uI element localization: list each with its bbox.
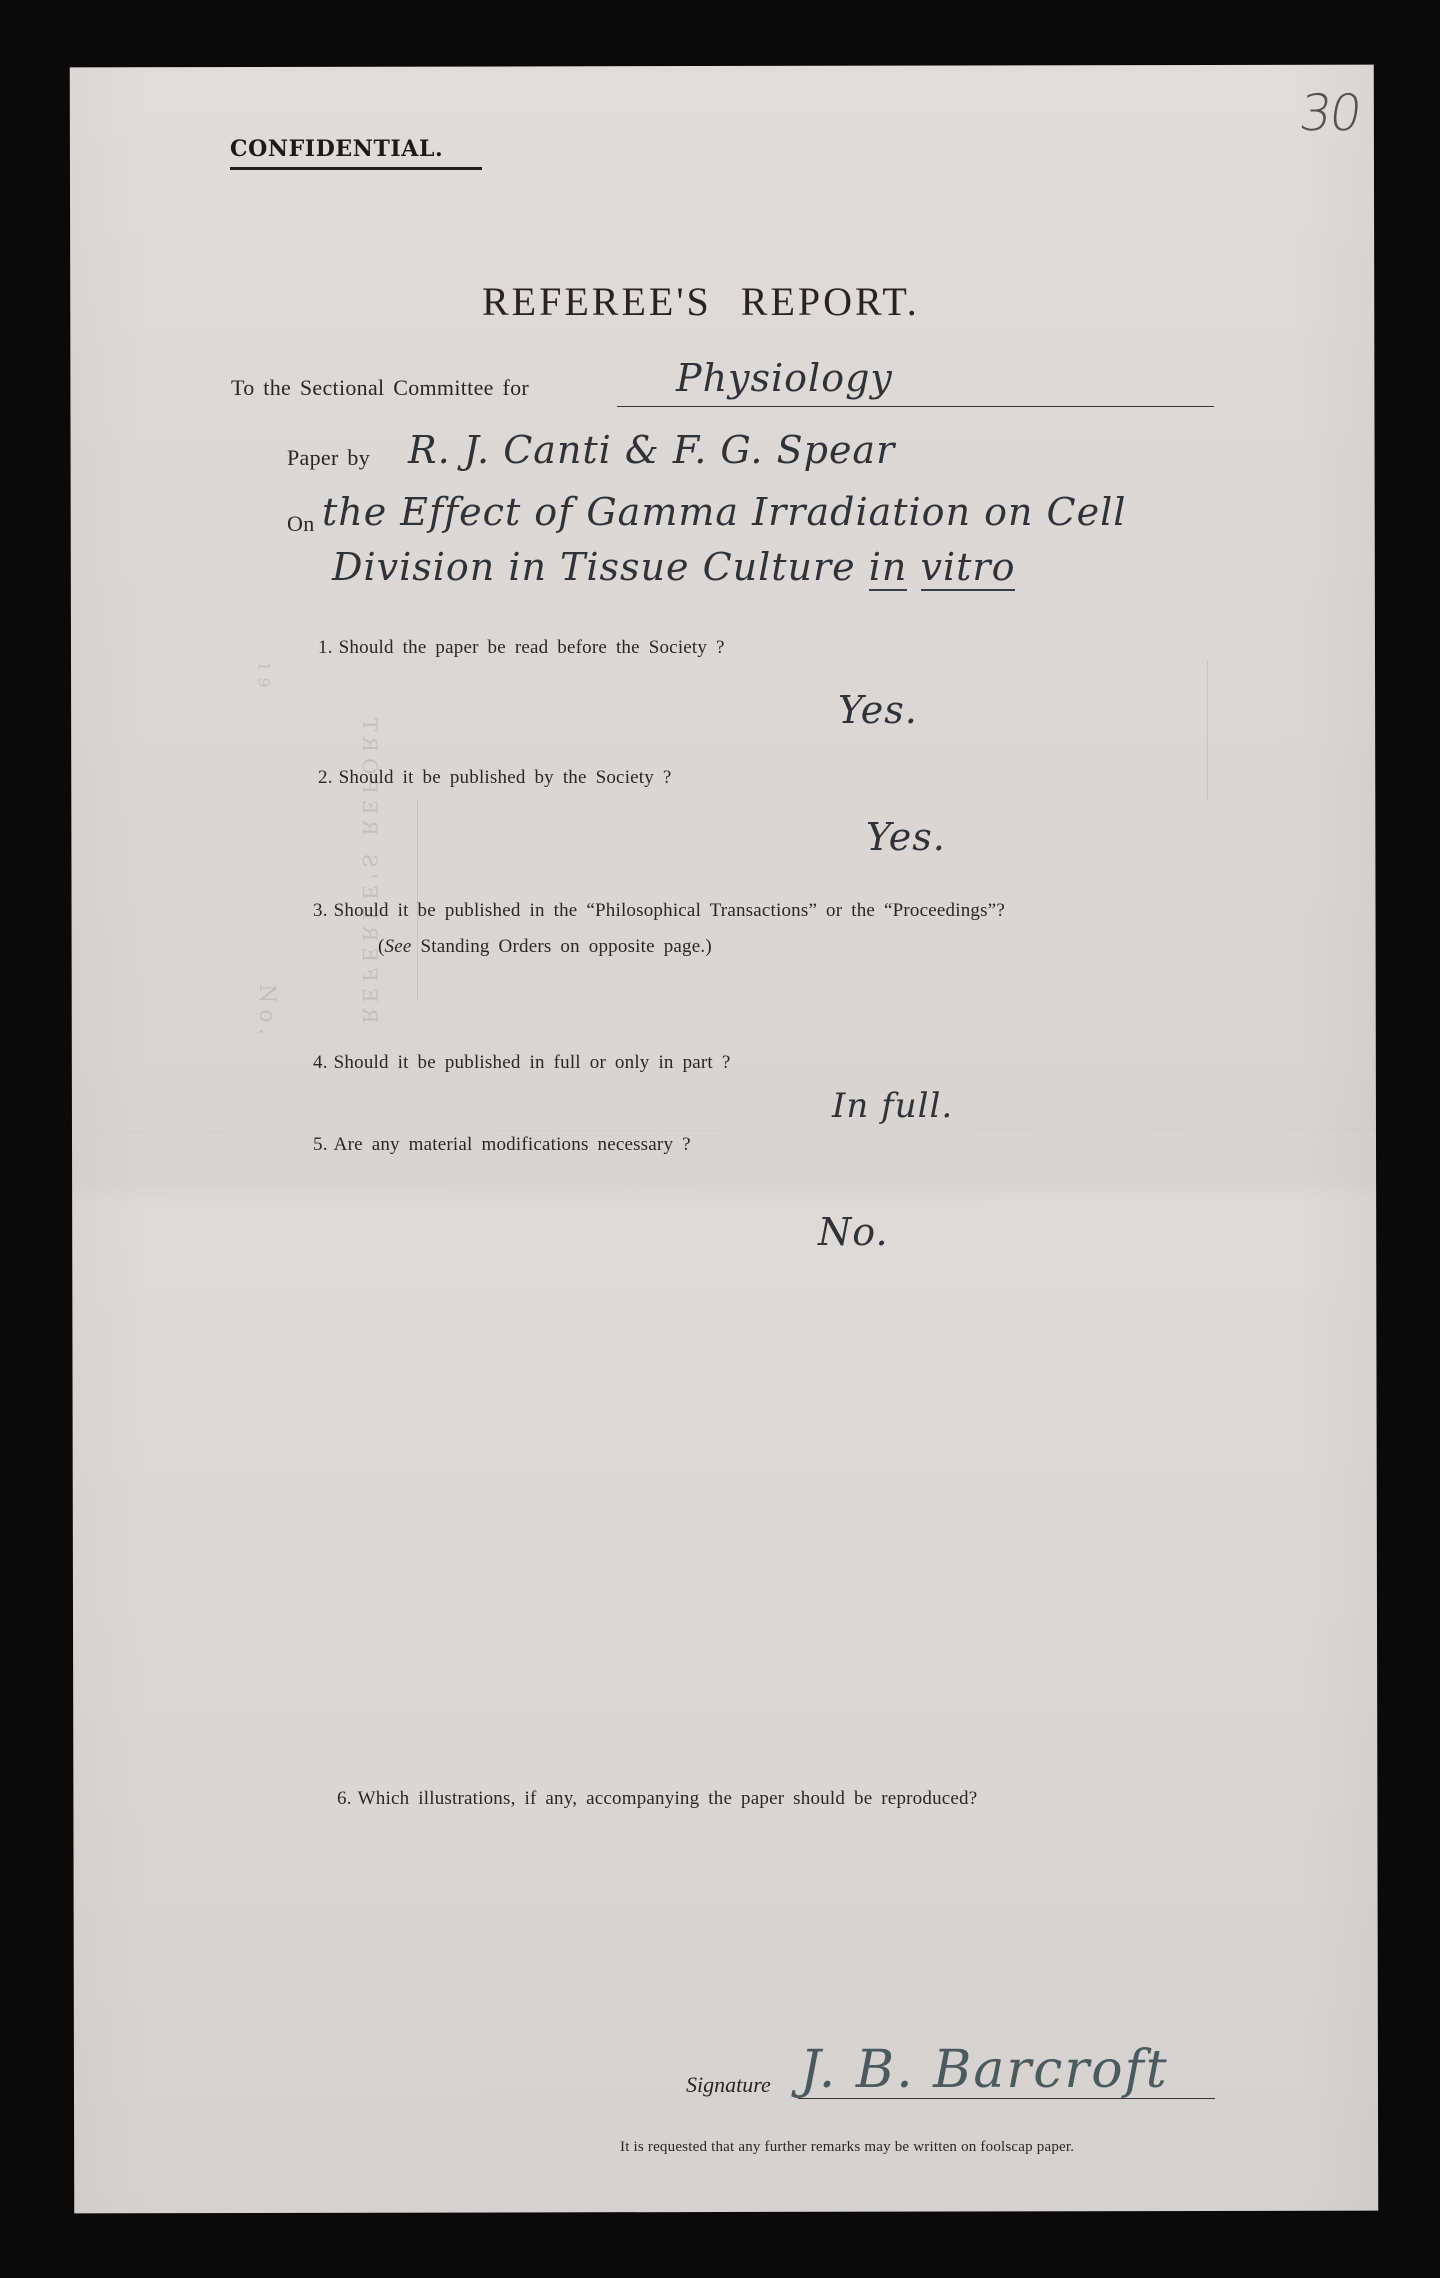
on-label: On (287, 511, 315, 537)
question-2-number: 2. (318, 767, 333, 788)
paper-title-handwritten-line1: the Effect of Gamma Irradiation on Cell (322, 490, 1126, 534)
page-number: 30 (1296, 84, 1364, 142)
question-1: 1.Should the paper be read before the So… (318, 637, 725, 659)
page-title: REFEREE'S REPORT. (482, 278, 920, 325)
question-1-text: Should the paper be read before the Soci… (339, 637, 725, 658)
question-6-text: Which illustrations, if any, accompanyin… (358, 1788, 978, 1809)
question-5-text: Are any material modifications necessary… (334, 1134, 691, 1155)
question-3-number: 3. (313, 900, 328, 921)
confidential-heading: CONFIDENTIAL. (230, 136, 443, 162)
question-1-number: 1. (318, 637, 333, 658)
confidential-underline (230, 167, 482, 170)
question-3: 3.Should it be published in the “Philoso… (313, 900, 1005, 922)
committee-handwritten-value: Physiology (676, 356, 893, 400)
question-4-text: Should it be published in full or only i… (334, 1052, 731, 1073)
committee-fill-line (617, 406, 1214, 407)
paper-title-line2-main: Division in Tissue Culture (332, 545, 856, 589)
paper-title-vitro-underlined: vitro (921, 545, 1016, 591)
question-5: 5.Are any material modifications necessa… (313, 1134, 691, 1156)
showthrough-faint-rule-right (1207, 660, 1208, 800)
paper-fold-crease-secondary (72, 1155, 1376, 1160)
paper-fold-crease (72, 1129, 1376, 1134)
signature-label: Signature (686, 2072, 771, 2098)
showthrough-no-mark: No. (254, 984, 279, 1041)
paper-title-handwritten-line2: Division in Tissue Culture in vitro (332, 545, 1015, 589)
answer-1-handwritten: Yes. (838, 688, 918, 732)
question-2: 2.Should it be published by the Society … (318, 767, 672, 789)
showthrough-year-mark: 19 (255, 661, 274, 693)
question-6: 6.Which illustrations, if any, accompany… (337, 1788, 977, 1810)
showthrough-vertical-text: REFEREE'S REPORT (358, 712, 382, 1024)
question-4-number: 4. (313, 1052, 328, 1073)
answer-4-handwritten: In full. (832, 1086, 953, 1126)
paper-title-in-underlined: in (869, 545, 908, 591)
question-5-number: 5. (313, 1134, 328, 1155)
question-3-note: (See Standing Orders on opposite page.) (378, 936, 712, 958)
question-6-number: 6. (337, 1788, 352, 1809)
answer-5-handwritten: No. (818, 1210, 889, 1254)
question-4: 4.Should it be published in full or only… (313, 1052, 731, 1074)
question-3-text: Should it be published in the “Philosoph… (334, 900, 1005, 921)
question-2-text: Should it be published by the Society ? (339, 767, 672, 788)
question-3-note-text: Standing Orders on opposite page.) (420, 936, 711, 957)
answer-2-handwritten: Yes. (866, 815, 946, 859)
signature-handwritten: J. B. Barcroft (800, 2040, 1169, 2100)
question-3-note-see: See (385, 936, 412, 957)
paper-by-label: Paper by (287, 445, 370, 471)
committee-label: To the Sectional Committee for (231, 375, 529, 401)
paper-by-handwritten-value: R. J. Canti & F. G. Spear (408, 428, 895, 472)
footer-note: It is requested that any further remarks… (620, 2139, 1074, 2156)
